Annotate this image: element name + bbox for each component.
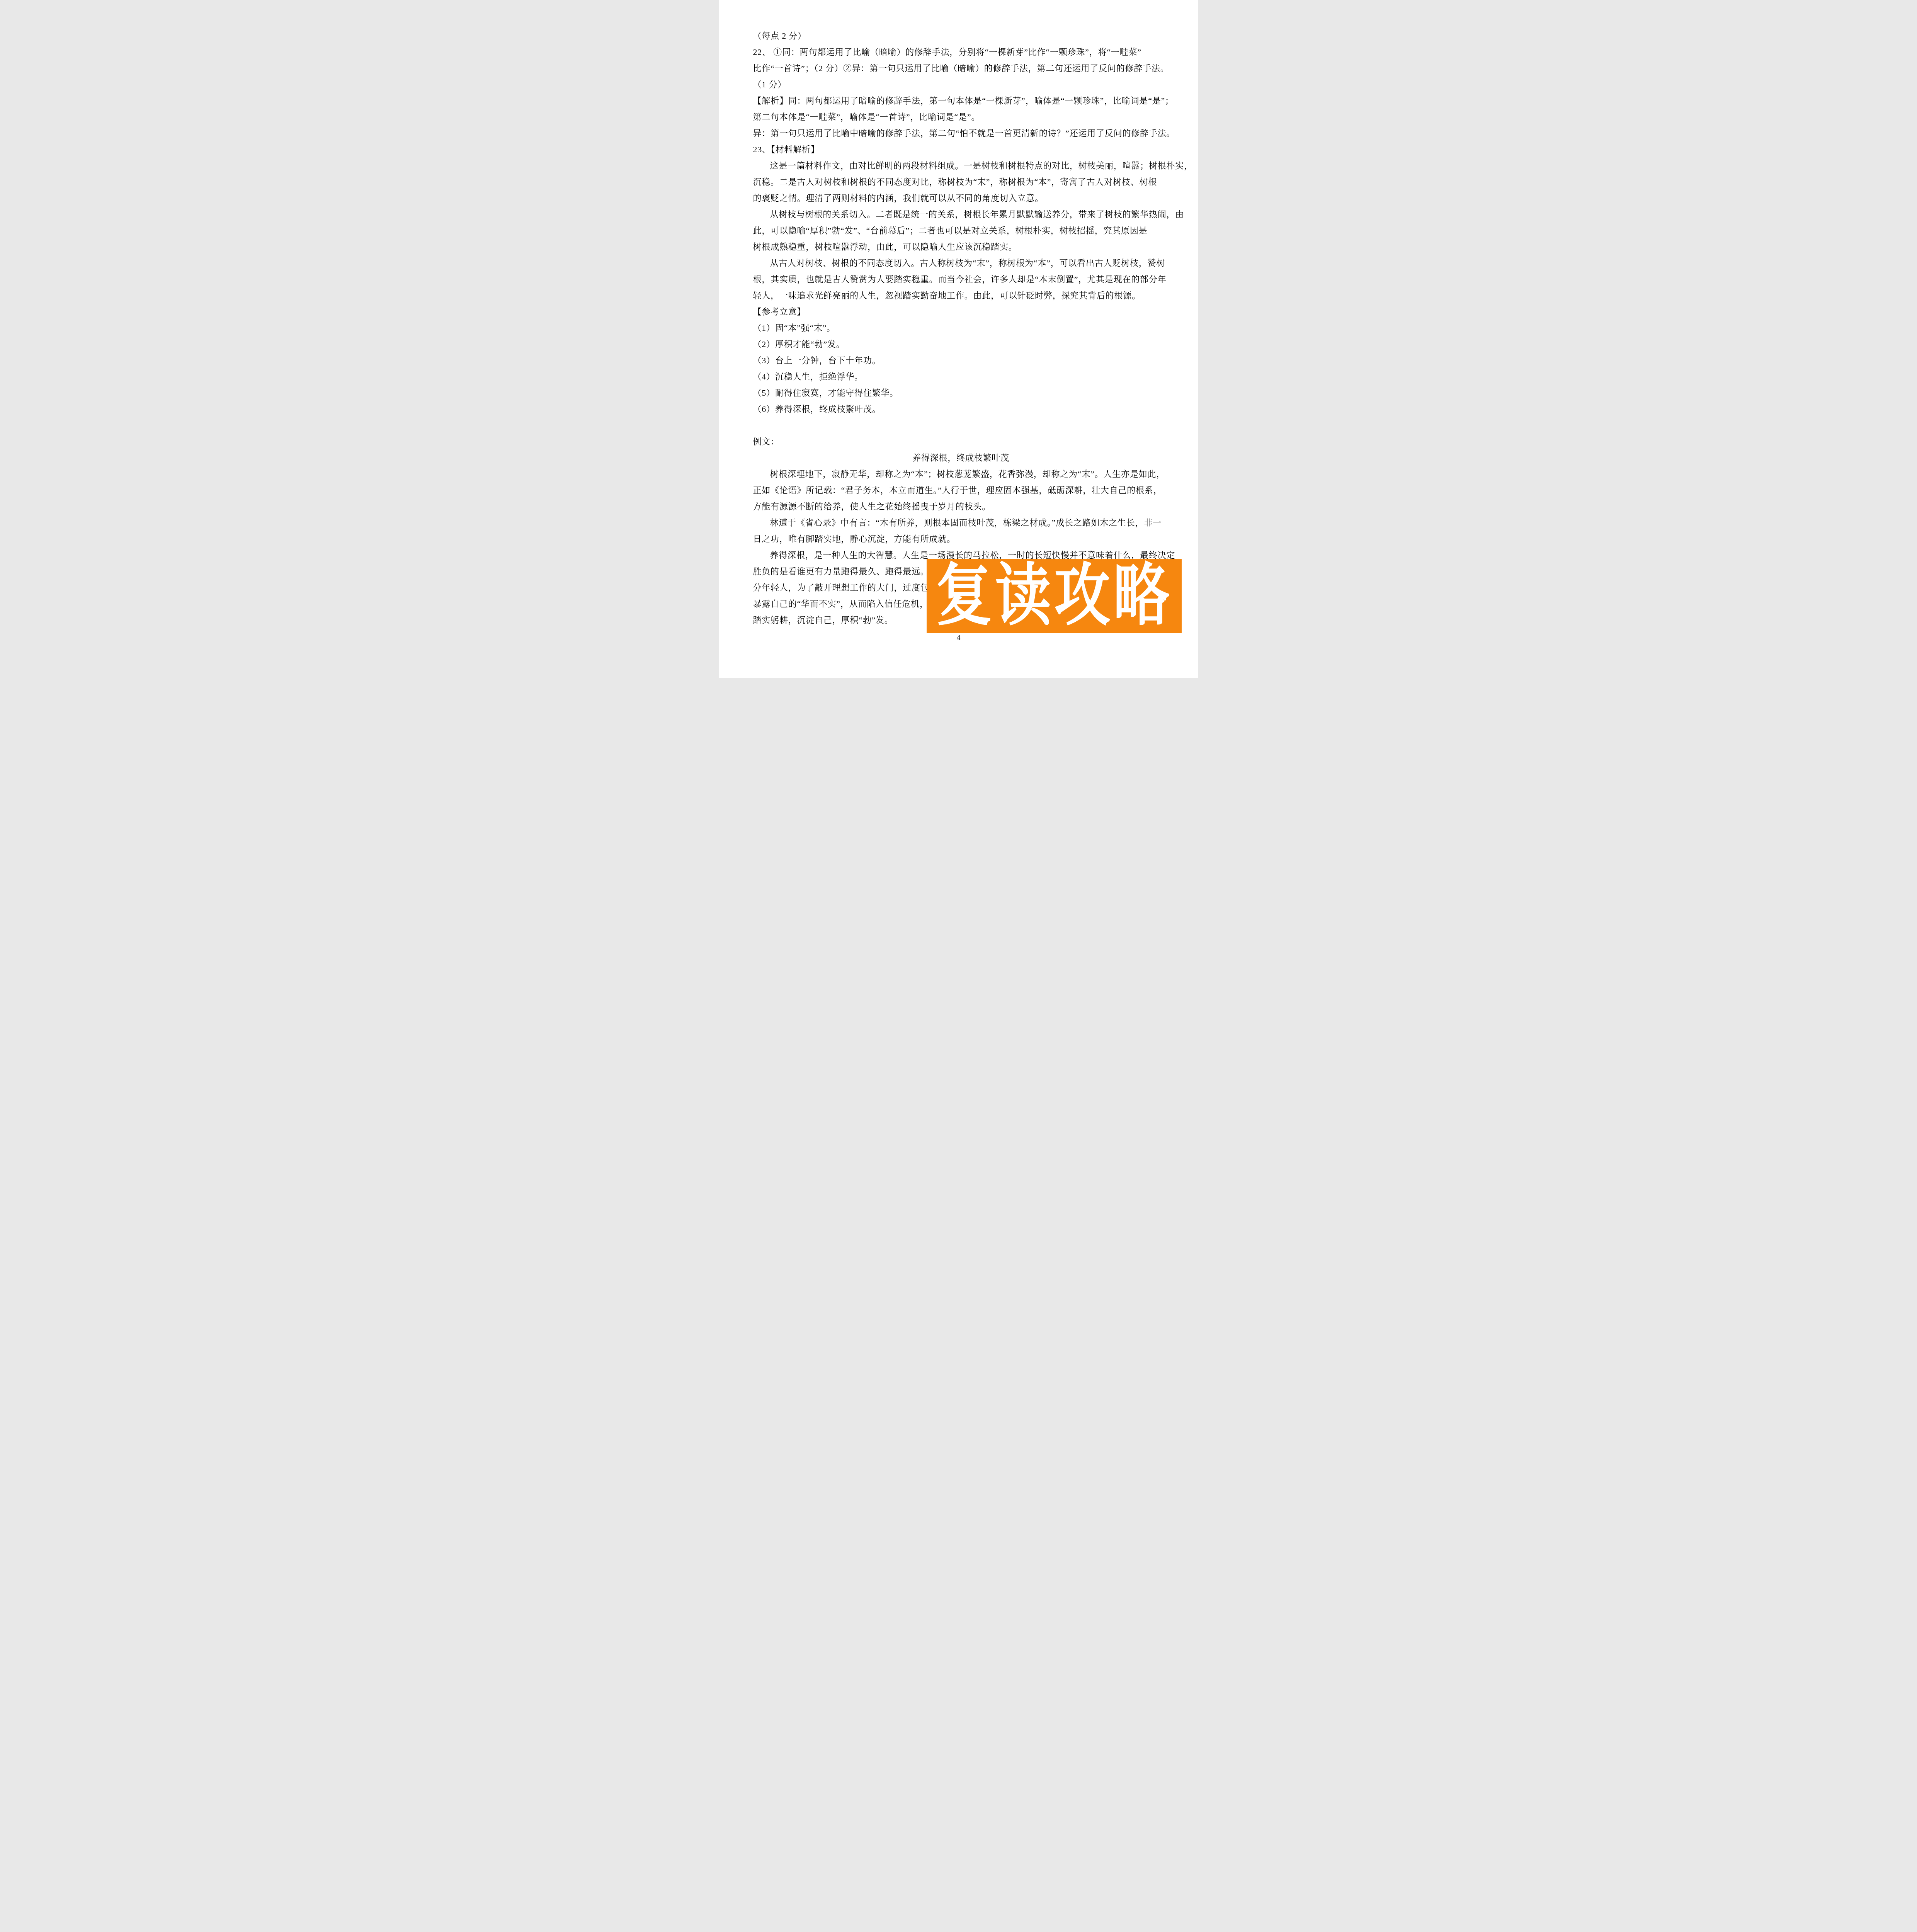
text-line: 树根成熟稳重，树枝喧嚣浮动，由此，可以隐喻人生应该沉稳踏实。 (753, 239, 1169, 255)
text-line: 林逋于《省心录》中有言：“木有所养，则根本固而枝叶茂，栋梁之材成。”成长之路如木… (753, 515, 1169, 531)
text-line: 【解析】同：两句都运用了暗喻的修辞手法，第一句本体是“一棵新芽”，喻体是“一颗珍… (753, 93, 1169, 109)
text-line: 从古人对树枝、树根的不同态度切入。古人称树枝为“末”，称树根为“本”，可以看出古… (753, 255, 1169, 271)
text-line: 正如《论语》所记载：“君子务本，本立而道生。”人行于世，理应固本强基，砥砺深耕，… (753, 482, 1169, 498)
document-page: （每点 2 分）22、 ①同：两句都运用了比喻（暗喻）的修辞手法，分别将“一棵新… (719, 0, 1198, 678)
text-line: 22、 ①同：两句都运用了比喻（暗喻）的修辞手法，分别将“一棵新芽”比作“一颗珍… (753, 44, 1169, 60)
text-line: 树根深埋地下，寂静无华，却称之为“本”；树枝葱茏繁盛，花香弥漫，却称之为“末”。… (753, 466, 1169, 482)
text-line: 根，其实质，也就是古人赞赏为人要踏实稳重。而当今社会，许多人却是“本末倒置”，尤… (753, 271, 1169, 287)
text-line: 23、【材料解析】 (753, 141, 1169, 158)
promo-banner: 复读攻略 (927, 559, 1182, 633)
text-line: （3）台上一分钟，台下十年功。 (753, 352, 1169, 369)
text-line: 第二句本体是“一畦菜”，喻体是“一首诗”，比喻词是“是”。 (753, 109, 1169, 125)
text-line: （1）固“本”强“末”。 (753, 320, 1169, 336)
page-number: 4 (719, 633, 1198, 643)
text-line: 从树枝与树根的关系切入。二者既是统一的关系，树根长年累月默默输送养分，带来了树枝… (753, 206, 1169, 223)
text-line: 比作“一首诗”；（2 分）②异：第一句只运用了比喻（暗喻）的修辞手法，第二句还运… (753, 60, 1169, 77)
text-line: 这是一篇材料作文，由对比鲜明的两段材料组成。一是树枝和树根特点的对比，树枝美丽，… (753, 158, 1169, 174)
text-line: 的褒贬之情。理清了两则材料的内涵，我们就可以从不同的角度切入立意。 (753, 190, 1169, 206)
text-line: 方能有源源不断的给养，使人生之花始终摇曳于岁月的枝头。 (753, 498, 1169, 515)
essay-title-line: 养得深根，终成枝繁叶茂 (753, 450, 1169, 466)
text-line: （每点 2 分） (753, 28, 1169, 44)
text-line: （2）厚积才能“勃”发。 (753, 336, 1169, 352)
text-line: （1 分） (753, 77, 1169, 93)
text-line: （4）沉稳人生，拒绝浮华。 (753, 369, 1169, 385)
text-content: （每点 2 分）22、 ①同：两句都运用了比喻（暗喻）的修辞手法，分别将“一棵新… (753, 28, 1169, 628)
text-line: 此，可以隐喻“厚积”勃“发”、“台前幕后”；二者也可以是对立关系，树根朴实，树枝… (753, 223, 1169, 239)
text-line: 沉稳。二是古人对树枝和树根的不同态度对比，称树枝为“末”，称树根为“本”，寄寓了… (753, 174, 1169, 190)
text-line: 日之功，唯有脚踏实地，静心沉淀，方能有所成就。 (753, 531, 1169, 547)
text-line: （6）养得深根，终成枝繁叶茂。 (753, 401, 1169, 417)
text-line (753, 417, 1169, 434)
text-line: 【参考立意】 (753, 304, 1169, 320)
text-line: 异：第一句只运用了比喻中暗喻的修辞手法，第二句“怕不就是一首更清新的诗？”还运用… (753, 125, 1169, 141)
banner-text: 复读攻略 (936, 562, 1172, 630)
text-line: 轻人，一味追求光鲜亮丽的人生，忽视踏实勤奋地工作。由此，可以针砭时弊，探究其背后… (753, 287, 1169, 304)
text-line: 例文： (753, 434, 1169, 450)
text-line: （5）耐得住寂寞，才能守得住繁华。 (753, 385, 1169, 401)
